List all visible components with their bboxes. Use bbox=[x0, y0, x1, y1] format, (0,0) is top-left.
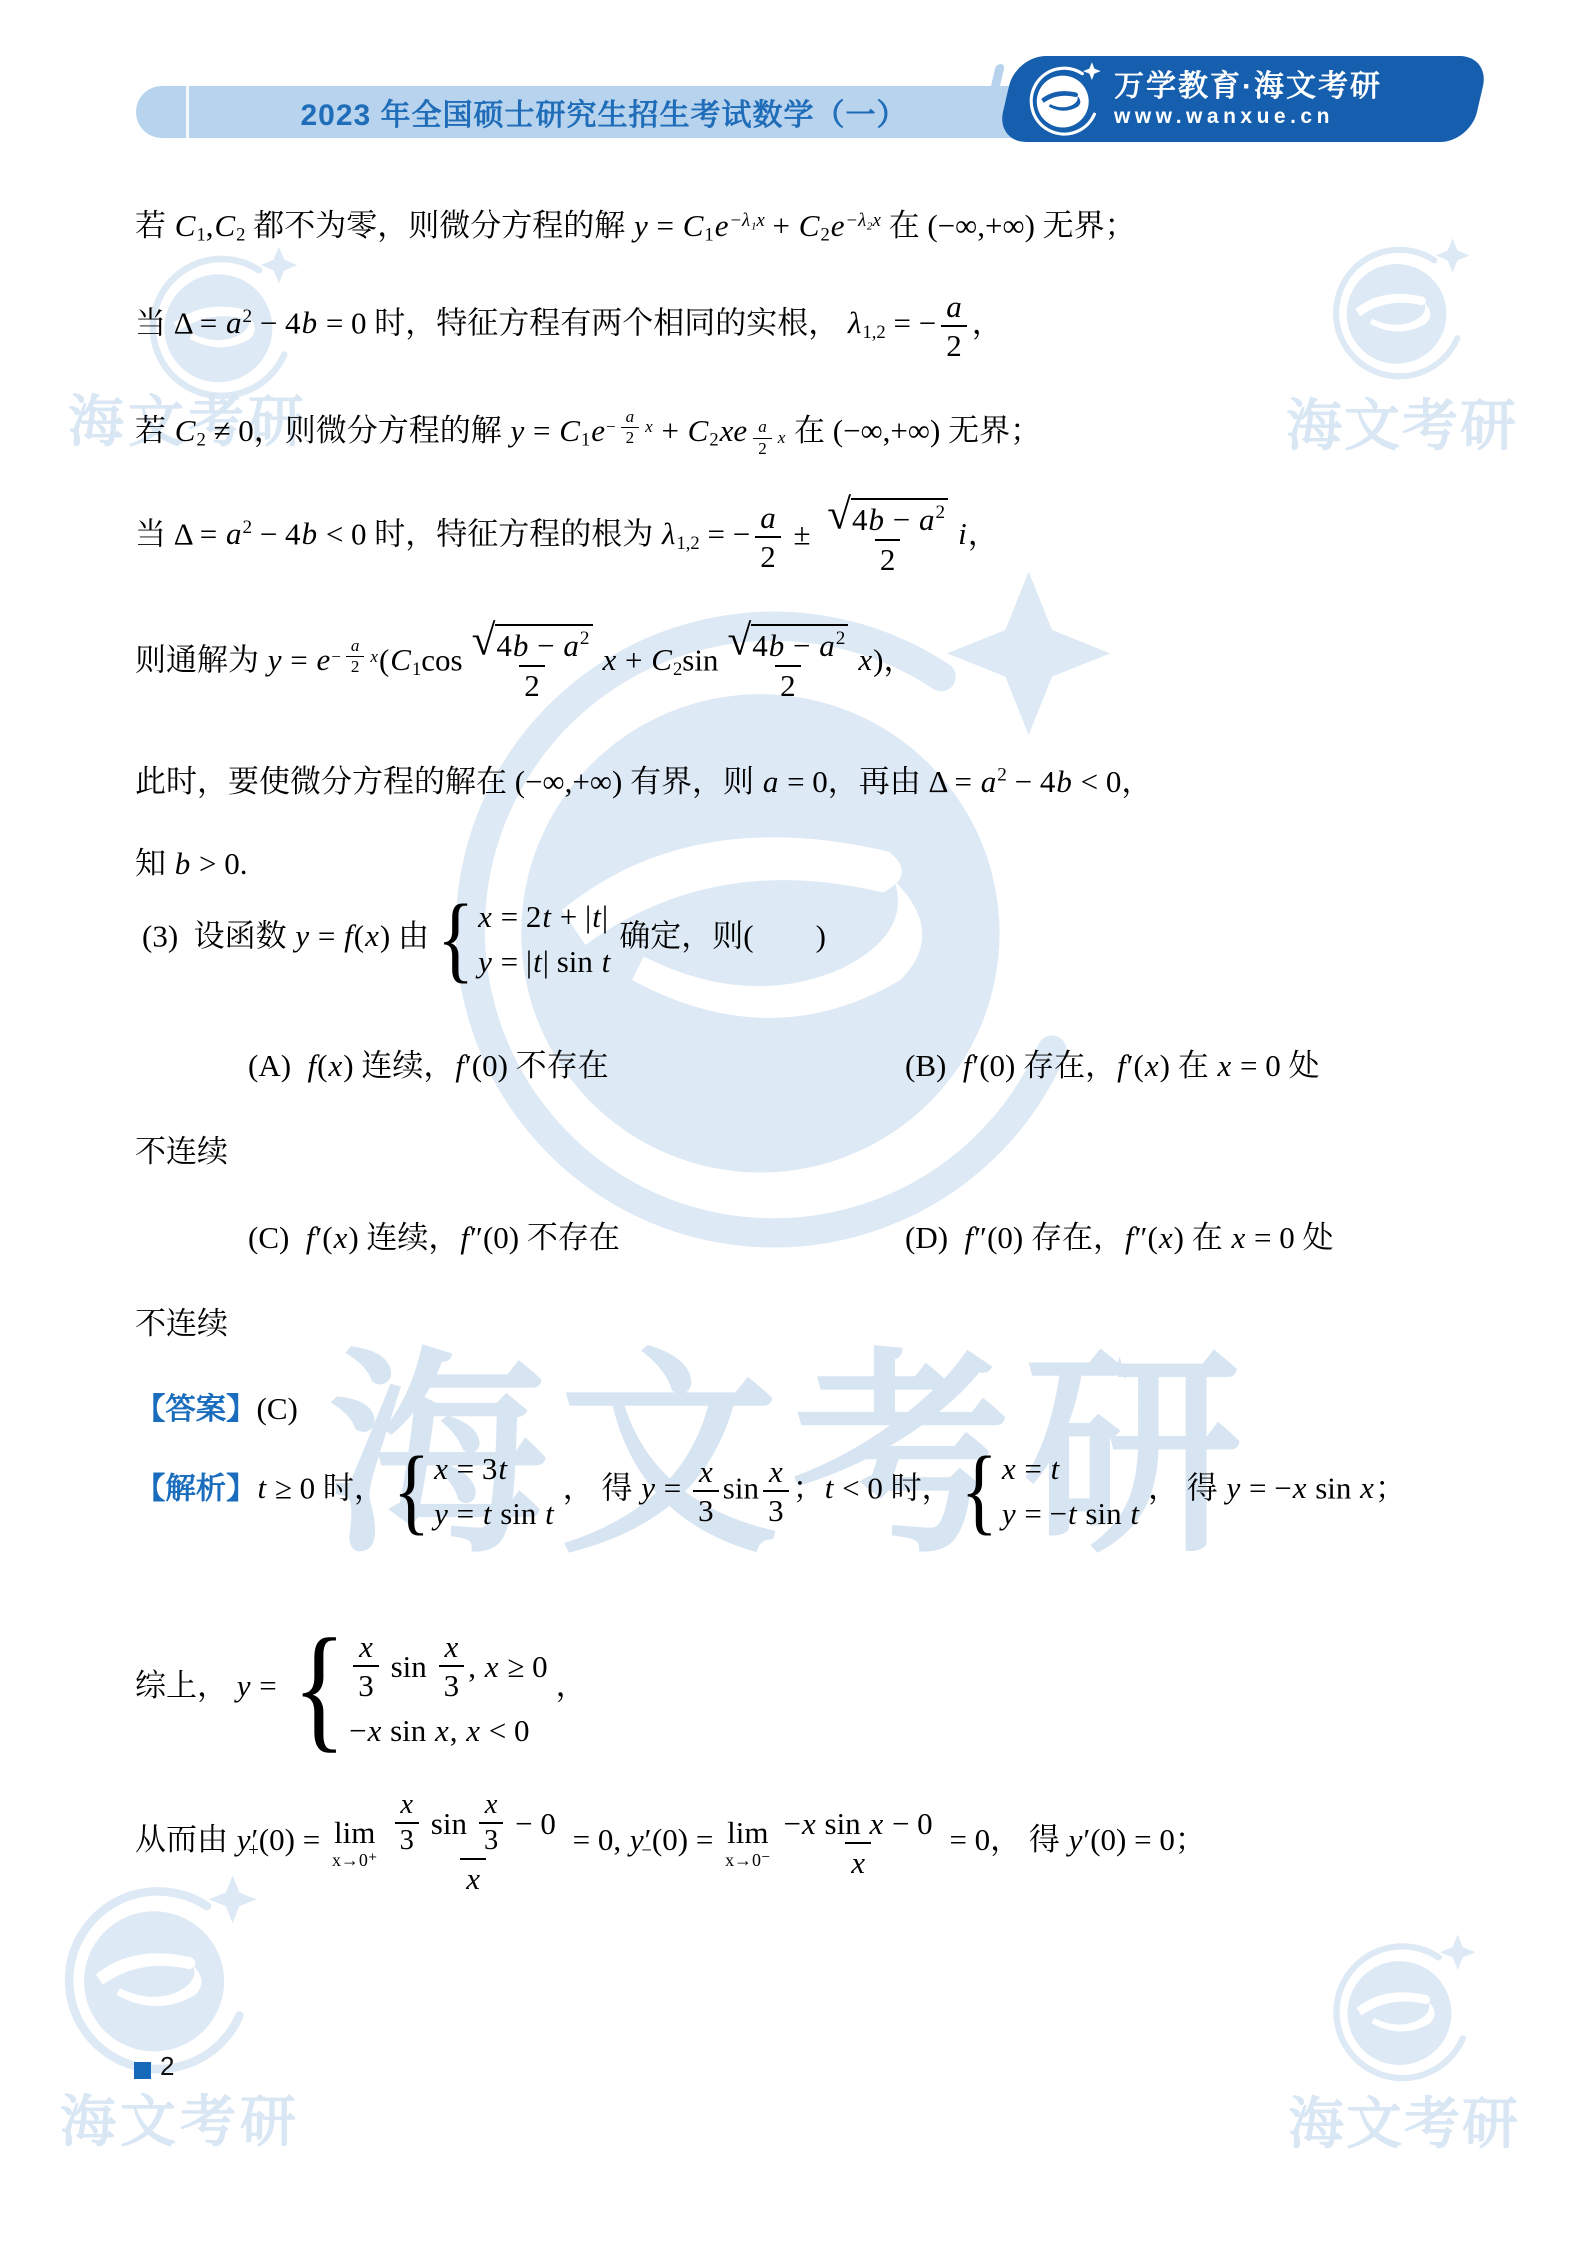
math-token: 存在， bbox=[1015, 1048, 1116, 1083]
math-token: a bbox=[759, 499, 777, 536]
numerator: √4b − a2 bbox=[822, 496, 953, 539]
square-root: √4b − a2 bbox=[827, 496, 948, 539]
math-token: e bbox=[714, 208, 730, 243]
math-token: e bbox=[316, 642, 332, 677]
math-token: − bbox=[641, 1840, 652, 1861]
math-token: t bbox=[482, 1495, 493, 1532]
denominator: 3 bbox=[763, 1490, 789, 1529]
math-line-summary: 综上， y = {x3 sin x3, x ≥ 0−x sin x, x < 0… bbox=[135, 1628, 587, 1750]
math-token: x bbox=[602, 642, 618, 677]
math-line-5: 则通解为 y = e−a2x(C1cos√4b − a22x + C2sin√4… bbox=[135, 622, 914, 705]
math-token: 从而由 bbox=[135, 1822, 236, 1857]
math-token: 不存在 bbox=[519, 1220, 620, 1255]
math-token: x bbox=[1158, 1220, 1174, 1255]
math-token: sin bbox=[423, 1805, 475, 1842]
math-token: 则通解为 bbox=[135, 642, 267, 677]
math-token: t bbox=[591, 898, 602, 935]
math-token: 1 bbox=[412, 659, 421, 680]
math-token: x bbox=[768, 1453, 784, 1490]
numerator: a bbox=[752, 417, 773, 437]
math-token: ，则微分方程的解 bbox=[254, 413, 510, 448]
math-token: ) bbox=[816, 918, 826, 953]
denominator: 2 bbox=[346, 656, 365, 677]
math-token: a bbox=[757, 417, 768, 437]
math-token: 无界； bbox=[940, 413, 1041, 448]
math-token: b bbox=[301, 516, 319, 551]
math-token: ， 得 bbox=[563, 1470, 641, 1505]
math-token: ，再由 bbox=[828, 764, 929, 799]
math-token: ， bbox=[968, 516, 999, 551]
case-row: −x sin x, x < 0 bbox=[349, 1712, 529, 1749]
math-token: ； bbox=[1175, 1822, 1206, 1857]
math-token: ) bbox=[348, 1220, 358, 1255]
numerator: x bbox=[763, 1453, 789, 1490]
math-token: a bbox=[980, 764, 998, 799]
math-token: y bbox=[477, 943, 493, 980]
denominator: 2 bbox=[775, 665, 801, 704]
option-d-continuation: 不连续 bbox=[135, 1298, 228, 1343]
math-token: sin bbox=[682, 642, 718, 677]
math-token: − bbox=[331, 647, 341, 667]
math-token: ， 得 bbox=[990, 1822, 1068, 1857]
math-token: + bbox=[617, 642, 650, 677]
denominator: 2 bbox=[519, 665, 545, 704]
math-token: | sin bbox=[543, 943, 601, 980]
math-token: ) bbox=[1160, 1048, 1170, 1083]
math-token: 2 bbox=[196, 430, 205, 451]
math-token: a bbox=[762, 764, 780, 799]
math-token: a bbox=[945, 288, 963, 325]
math-token: x bbox=[1230, 1220, 1246, 1255]
fraction: a2 bbox=[940, 288, 968, 364]
radical-icon: √ bbox=[827, 493, 851, 536]
math-token: 连续， bbox=[354, 1048, 455, 1083]
math-token: C bbox=[687, 413, 710, 448]
math-token: 2 bbox=[524, 667, 540, 704]
option-b-continuation: 不连续 bbox=[135, 1126, 228, 1171]
left-brace: { bbox=[961, 1443, 998, 1540]
page-number: 2 bbox=[160, 2051, 174, 2082]
case-row: y = −t sin t bbox=[1001, 1495, 1140, 1532]
limit-subscript: x→0⁺ bbox=[332, 1851, 377, 1869]
math-token: ) bbox=[380, 918, 390, 953]
math-token: ′( bbox=[1127, 1048, 1144, 1083]
math-token: − bbox=[885, 501, 918, 538]
math-token: + | bbox=[552, 898, 591, 935]
math-token: + bbox=[765, 208, 798, 243]
watermark-logo-icon bbox=[1326, 236, 1472, 382]
math-token: 2 bbox=[242, 517, 252, 538]
case-row: x = 3t bbox=[433, 1450, 508, 1487]
math-token: 有界，则 bbox=[622, 764, 762, 799]
math-token: 2 bbox=[758, 439, 767, 459]
case-row: x = 2t + |t| bbox=[477, 898, 608, 935]
math-token: Δ = bbox=[929, 764, 980, 799]
math-token: 【答案】 bbox=[135, 1392, 257, 1426]
math-token: f bbox=[1124, 1220, 1135, 1255]
fraction: √4b − a22 bbox=[722, 622, 853, 705]
math-token: 时， bbox=[891, 1470, 953, 1505]
math-token: y bbox=[433, 1495, 449, 1532]
numerator: a bbox=[754, 499, 782, 536]
math-token: x bbox=[444, 1628, 460, 1665]
math-token: 不连续 bbox=[135, 1134, 228, 1169]
math-token: λ bbox=[847, 305, 862, 340]
math-token: 2 bbox=[673, 659, 682, 680]
math-token: t bbox=[497, 1450, 508, 1487]
numerator: −x sin x − 0 bbox=[779, 1805, 938, 1842]
math-token: (B) bbox=[905, 1048, 962, 1083]
cases-column: x = 3ty = t sin t bbox=[433, 1450, 555, 1532]
math-token: 1,2 bbox=[676, 533, 699, 554]
cases-column: x = 2t + |t|y = |t| sin t bbox=[477, 898, 611, 980]
math-token: = − bbox=[700, 516, 750, 551]
math-token: x bbox=[367, 1712, 383, 1749]
math-token: ( bbox=[354, 918, 364, 953]
left-brace: { bbox=[437, 891, 474, 988]
fraction: a2 bbox=[620, 407, 641, 449]
math-token: C bbox=[389, 642, 412, 677]
math-token: C bbox=[213, 208, 236, 243]
math-token: x bbox=[1216, 1048, 1232, 1083]
math-token: = 2 bbox=[493, 898, 541, 935]
math-line-2: 当 Δ = a2 − 4b = 0 时，特征方程有两个相同的实根， λ1,2 =… bbox=[135, 288, 1003, 364]
numerator: x bbox=[439, 1628, 465, 1665]
left-brace: { bbox=[293, 1619, 347, 1758]
math-token: sin bbox=[1078, 1495, 1130, 1532]
superscript: −a2x bbox=[606, 407, 654, 449]
math-token: = bbox=[310, 918, 343, 953]
math-token: 1 bbox=[704, 225, 713, 246]
math-token: Δ = bbox=[174, 305, 225, 340]
math-token: 时，特征方程有两个相同的实根， bbox=[374, 305, 847, 340]
math-token: 2 bbox=[580, 627, 590, 650]
math-token: x bbox=[484, 1788, 499, 1822]
page-number-marker bbox=[134, 2062, 151, 2079]
math-token: ″(0) bbox=[974, 1220, 1023, 1255]
fraction: a2 bbox=[345, 636, 366, 678]
fraction: a2 bbox=[752, 417, 773, 459]
math-token: t bbox=[257, 1470, 268, 1505]
math-token: 时，特征方程的根为 bbox=[374, 516, 661, 551]
math-token: a bbox=[225, 516, 243, 551]
math-token: = − bbox=[1017, 1495, 1067, 1532]
math-token: = 0 bbox=[1232, 1048, 1288, 1083]
math-token: 都不为零，则微分方程的解 bbox=[245, 208, 633, 243]
math-token: > 0. bbox=[191, 846, 247, 881]
math-token: x bbox=[850, 1844, 866, 1881]
math-token: y bbox=[267, 642, 283, 677]
math-token: (C) bbox=[248, 1220, 305, 1255]
math-token: (−∞,+∞) bbox=[515, 764, 623, 799]
math-token: (0) = bbox=[652, 1822, 721, 1857]
math-token: = 3 bbox=[449, 1450, 497, 1487]
math-token: ′(0) = 0 bbox=[1083, 1822, 1174, 1857]
math-token: − 4 bbox=[1007, 764, 1055, 799]
math-token: ) bbox=[873, 642, 883, 677]
math-token: (3) bbox=[142, 918, 194, 953]
cases-group: {x3 sin x3, x ≥ 0−x sin x, x < 0 bbox=[293, 1628, 548, 1750]
math-token: f bbox=[343, 918, 354, 953]
math-token: 4 bbox=[852, 501, 868, 538]
math-token: 在 bbox=[881, 208, 928, 243]
math-token: ； bbox=[793, 1470, 824, 1505]
math-token: x bbox=[777, 428, 787, 448]
math-token: 3 bbox=[358, 1667, 374, 1704]
math-token: sin bbox=[1307, 1470, 1359, 1505]
math-token: sin bbox=[383, 1648, 435, 1685]
math-token: f bbox=[962, 1048, 973, 1083]
math-token: x bbox=[1359, 1470, 1375, 1505]
fraction: x3 bbox=[353, 1628, 379, 1704]
math-token: 处 bbox=[1302, 1220, 1333, 1255]
math-token: t bbox=[824, 1470, 835, 1505]
math-token: x bbox=[1144, 1048, 1160, 1083]
math-token: y bbox=[640, 1470, 656, 1505]
math-token: 不连续 bbox=[135, 1306, 228, 1341]
limit: limx→0⁺ bbox=[332, 1817, 377, 1869]
math-token: = − bbox=[1241, 1470, 1291, 1505]
math-token: − 4 bbox=[252, 305, 300, 340]
math-token: = 0 bbox=[942, 1822, 990, 1857]
math-token: f bbox=[964, 1220, 975, 1255]
math-token: ) bbox=[343, 1048, 353, 1083]
math-token: x bbox=[465, 1712, 481, 1749]
math-token: sin bbox=[382, 1712, 434, 1749]
math-token: xe bbox=[719, 413, 749, 448]
math-token: 2 bbox=[820, 225, 829, 246]
math-token: −λ₂x bbox=[846, 210, 881, 231]
analysis-line: 【解析】t ≥ 0 时，{x = 3ty = t sin t， 得 y = x3… bbox=[135, 1450, 1406, 1532]
math-token: ≥ 0 bbox=[500, 1648, 548, 1685]
math-token: 由 bbox=[390, 918, 429, 953]
math-token: y bbox=[1068, 1822, 1084, 1857]
denominator: 2 bbox=[941, 325, 967, 364]
math-token: = bbox=[649, 208, 682, 243]
case-row: x = t bbox=[1001, 1450, 1060, 1487]
math-token: − 4 bbox=[252, 516, 300, 551]
math-token: 处 bbox=[1288, 1048, 1319, 1083]
limit-operator: lim bbox=[727, 1817, 768, 1848]
math-token: (D) bbox=[905, 1220, 964, 1255]
math-token: C bbox=[558, 413, 581, 448]
math-token: −λ₁x bbox=[729, 210, 764, 231]
math-token: 确定，则( bbox=[619, 918, 753, 953]
math-token: y bbox=[236, 1668, 252, 1703]
option-b: (B) f′(0) 存在，f′(x) 在 x = 0 处 bbox=[905, 1040, 1319, 1085]
case-row: y = |t| sin t bbox=[477, 943, 611, 980]
fraction: √4b − a22 bbox=[467, 622, 598, 705]
math-token: (C) bbox=[257, 1391, 298, 1426]
math-token: = 0 bbox=[779, 764, 827, 799]
watermark-logo-icon bbox=[55, 1872, 260, 2077]
numerator: x3 sin x3 − 0 bbox=[385, 1788, 561, 1858]
math-token: C bbox=[682, 208, 705, 243]
answer-line: 【答案】(C) bbox=[135, 1384, 298, 1428]
radicand: 4b − a2 bbox=[495, 624, 592, 664]
denominator: 3 bbox=[353, 1665, 379, 1704]
math-token: ′(0) bbox=[465, 1048, 508, 1083]
math-token: 2 bbox=[997, 764, 1007, 785]
math-token: t bbox=[1050, 1450, 1061, 1487]
math-token: x bbox=[477, 898, 493, 935]
math-token: 3 bbox=[768, 1492, 784, 1529]
math-token: x bbox=[484, 1648, 500, 1685]
numerator: x bbox=[394, 1788, 419, 1822]
math-token: t bbox=[532, 943, 543, 980]
numerator: x bbox=[479, 1788, 504, 1822]
math-token: + bbox=[654, 413, 687, 448]
math-token: (−∞,+∞) bbox=[927, 208, 1035, 243]
math-token: 3 bbox=[698, 1492, 714, 1529]
numerator: a bbox=[345, 636, 366, 656]
math-token: f bbox=[307, 1048, 318, 1083]
math-token: f bbox=[305, 1220, 316, 1255]
math-token: y bbox=[510, 413, 526, 448]
radicand: 4b − a2 bbox=[851, 498, 948, 538]
math-token: + bbox=[248, 1840, 259, 1861]
math-token: f bbox=[454, 1048, 465, 1083]
math-token: x bbox=[868, 1805, 884, 1842]
math-token: ( bbox=[379, 642, 389, 677]
math-token: e bbox=[830, 208, 846, 243]
denominator: 2 bbox=[621, 427, 640, 448]
case-row: x3 sin x3, x ≥ 0 bbox=[349, 1628, 548, 1704]
page-title: 2023 年全国硕士研究生招生考试数学（一） bbox=[186, 86, 1022, 138]
cases-column: x = ty = −t sin t bbox=[1001, 1450, 1140, 1532]
math-token: − bbox=[785, 627, 818, 664]
math-token: ， 得 bbox=[1148, 1470, 1226, 1505]
math-token: 1,2 bbox=[862, 322, 885, 343]
math-token: − bbox=[606, 417, 616, 437]
math-token: b bbox=[301, 305, 319, 340]
radicand: 4b − a2 bbox=[751, 624, 848, 664]
cases-group: {x = 3ty = t sin t bbox=[393, 1450, 555, 1532]
math-token: ′( bbox=[315, 1220, 332, 1255]
math-token: < 0 bbox=[318, 516, 374, 551]
math-token: 在 bbox=[1184, 1220, 1231, 1255]
math-token: 2 bbox=[780, 667, 796, 704]
denominator: 3 bbox=[693, 1490, 719, 1529]
math-token: C bbox=[650, 642, 673, 677]
math-token: 若 bbox=[135, 413, 174, 448]
math-token: 【解析】 bbox=[135, 1471, 257, 1505]
denominator: 3 bbox=[479, 1822, 503, 1858]
brand-text: 万学教育·海文考研 www.wanxue.cn bbox=[1114, 69, 1382, 128]
math-token: i bbox=[957, 516, 968, 551]
math-token: 3 bbox=[484, 1824, 498, 1858]
math-token: 连续， bbox=[359, 1220, 460, 1255]
option-c: (C) f′(x) 连续，f″(0) 不存在 bbox=[248, 1212, 620, 1257]
math-token: = bbox=[283, 642, 316, 677]
denominator: 3 bbox=[439, 1665, 465, 1704]
math-token: 2 bbox=[836, 627, 846, 650]
superscript: −a2x bbox=[331, 636, 379, 678]
math-token: x bbox=[328, 1048, 344, 1083]
math-token: = 0 bbox=[318, 305, 374, 340]
math-line-derivative: 从而由 y′+(0) = limx→0⁺x3 sin x3 − 0x = 0, … bbox=[135, 1788, 1206, 1898]
math-token: x bbox=[1001, 1450, 1017, 1487]
math-token: f bbox=[459, 1220, 470, 1255]
math-token: t bbox=[544, 1495, 555, 1532]
option-a: (A) f(x) 连续，f′(0) 不存在 bbox=[248, 1040, 609, 1085]
math-token: b bbox=[512, 627, 530, 664]
math-token: x bbox=[364, 918, 380, 953]
square-root: √4b − a2 bbox=[727, 622, 848, 665]
math-token: t bbox=[1067, 1495, 1078, 1532]
math-token: x bbox=[698, 1453, 714, 1490]
math-token: − bbox=[529, 627, 562, 664]
denominator: 3 bbox=[395, 1822, 419, 1858]
math-token: 1 bbox=[581, 430, 590, 451]
math-token: 知 bbox=[135, 846, 174, 881]
math-token: y bbox=[633, 208, 649, 243]
math-token: x bbox=[358, 1628, 374, 1665]
math-token: 此时，要使微分方程的解在 bbox=[135, 764, 515, 799]
math-token: a bbox=[562, 627, 580, 664]
math-token: t bbox=[601, 943, 612, 980]
math-token: a bbox=[818, 627, 836, 664]
math-token: = bbox=[525, 413, 558, 448]
math-token: t bbox=[1129, 1495, 1140, 1532]
math-token: , bbox=[450, 1712, 466, 1749]
math-token: 2 bbox=[242, 306, 252, 327]
brand-logo-icon bbox=[1026, 61, 1102, 137]
math-line-4: 当 Δ = a2 − 4b < 0 时，特征方程的根为 λ1,2 = −a2 ±… bbox=[135, 496, 999, 579]
limit: limx→0⁻ bbox=[725, 1817, 770, 1869]
math-token: ′(0) bbox=[972, 1048, 1015, 1083]
math-token: ≠ 0 bbox=[206, 413, 254, 448]
math-token: Δ = bbox=[174, 516, 225, 551]
denominator: 2 bbox=[755, 536, 781, 575]
fraction: x3 bbox=[479, 1788, 504, 1858]
document-page: 海文考研 海文考研 海文考研 海文考研 海文考研 2023 年全国硕士研究生招生… bbox=[0, 0, 1587, 2245]
math-token: C bbox=[798, 208, 821, 243]
numerator: a bbox=[940, 288, 968, 325]
math-token: sin bbox=[492, 1495, 544, 1532]
radical-icon: √ bbox=[727, 619, 751, 662]
math-token bbox=[754, 918, 816, 953]
math-token: 3 bbox=[400, 1824, 414, 1858]
fraction: a2 bbox=[754, 499, 782, 575]
math-token: = − bbox=[886, 305, 936, 340]
math-token: x bbox=[465, 1860, 481, 1897]
denominator: x bbox=[460, 1858, 486, 1897]
fraction: x3 bbox=[763, 1453, 789, 1529]
math-token: < 0 bbox=[481, 1712, 529, 1749]
math-token: 2 bbox=[351, 657, 360, 677]
math-token: x bbox=[801, 1805, 817, 1842]
limit-operator: lim bbox=[334, 1817, 375, 1848]
math-token: 2 bbox=[880, 541, 896, 578]
numerator: √4b − a2 bbox=[722, 622, 853, 665]
math-token: 若 bbox=[135, 208, 174, 243]
numerator: a bbox=[620, 407, 641, 427]
math-token: t bbox=[541, 898, 552, 935]
math-token: , bbox=[468, 1648, 484, 1685]
math-token: x bbox=[434, 1712, 450, 1749]
math-token: ± bbox=[786, 516, 819, 551]
numerator: x bbox=[353, 1628, 379, 1665]
math-token: ， bbox=[883, 642, 914, 677]
math-token: (−∞,+∞) bbox=[833, 413, 941, 448]
math-token: < 0 bbox=[1073, 764, 1121, 799]
superscript: a2x bbox=[748, 417, 786, 459]
math-token: 设函数 bbox=[194, 918, 295, 953]
cases-group: {x = 2t + |t|y = |t| sin t bbox=[437, 898, 611, 980]
math-token: 4 bbox=[496, 627, 512, 664]
math-token: | bbox=[602, 898, 608, 935]
